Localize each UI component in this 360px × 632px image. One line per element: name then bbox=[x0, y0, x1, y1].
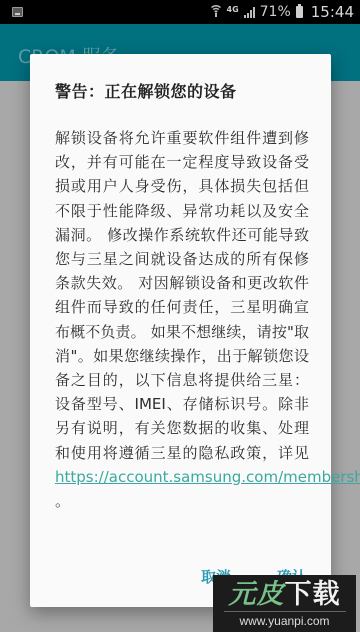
watermark-divider bbox=[224, 611, 346, 612]
wifi-icon bbox=[210, 4, 222, 20]
dialog-body: 解锁设备将允许重要软件组件遭到修改，并有可能在一定程度导致设备受损或用户人身受伤… bbox=[55, 126, 309, 513]
watermark-url: www.yuanpi.com bbox=[239, 614, 329, 628]
battery-icon bbox=[296, 6, 303, 18]
battery-percent: 71% bbox=[260, 4, 291, 20]
clock: 15:44 bbox=[311, 3, 354, 21]
status-bar: 4G 71% 15:44 bbox=[0, 0, 360, 24]
watermark-logo: 元皮下载 bbox=[229, 580, 341, 610]
dialog-title: 警告：正在解锁您的设备 bbox=[55, 79, 237, 102]
watermark-logo-part2: 下载 bbox=[285, 579, 341, 610]
screenshot-notification-icon bbox=[12, 7, 23, 17]
watermark: 元皮下载 www.yuanpi.com bbox=[213, 575, 356, 632]
network-type-label: 4G bbox=[227, 5, 239, 14]
privacy-policy-link[interactable]: https://account.samsung.com/membership/p… bbox=[55, 468, 360, 486]
dialog-body-suffix: 。 bbox=[55, 492, 70, 510]
signal-bars-icon bbox=[244, 7, 255, 18]
watermark-logo-part1: 元皮 bbox=[229, 579, 285, 610]
unlock-warning-dialog: 警告：正在解锁您的设备 解锁设备将允许重要软件组件遭到修改，并有可能在一定程度导… bbox=[30, 54, 331, 607]
dialog-body-text: 解锁设备将允许重要软件组件遭到修改，并有可能在一定程度导致设备受损或用户人身受伤… bbox=[55, 129, 309, 462]
